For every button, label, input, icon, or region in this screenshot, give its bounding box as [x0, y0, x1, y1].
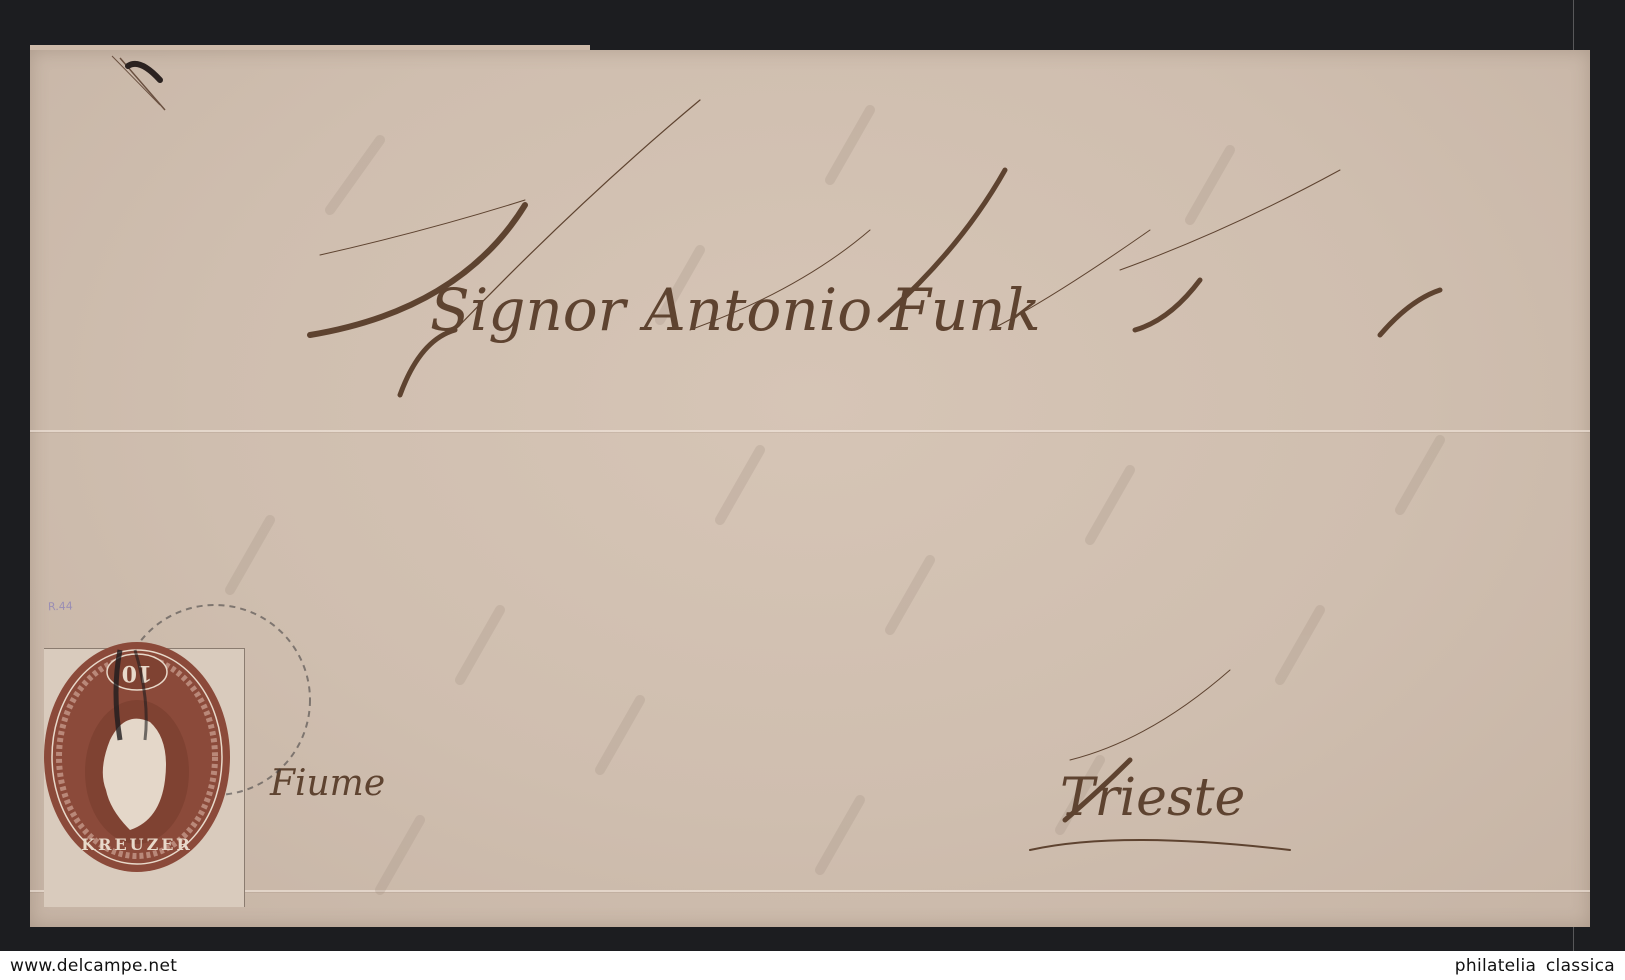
watermark-philatelia-classica: philatelia classica — [1455, 955, 1615, 977]
watermark-delcampe: www.delcampe.net — [10, 955, 177, 977]
fold-crease-bottom — [30, 890, 1590, 892]
stamp-cut-square — [44, 648, 245, 907]
pencil-catalogue-note: R.44 — [48, 600, 73, 614]
envelope-cover — [30, 50, 1590, 927]
fold-crease — [30, 430, 1590, 432]
